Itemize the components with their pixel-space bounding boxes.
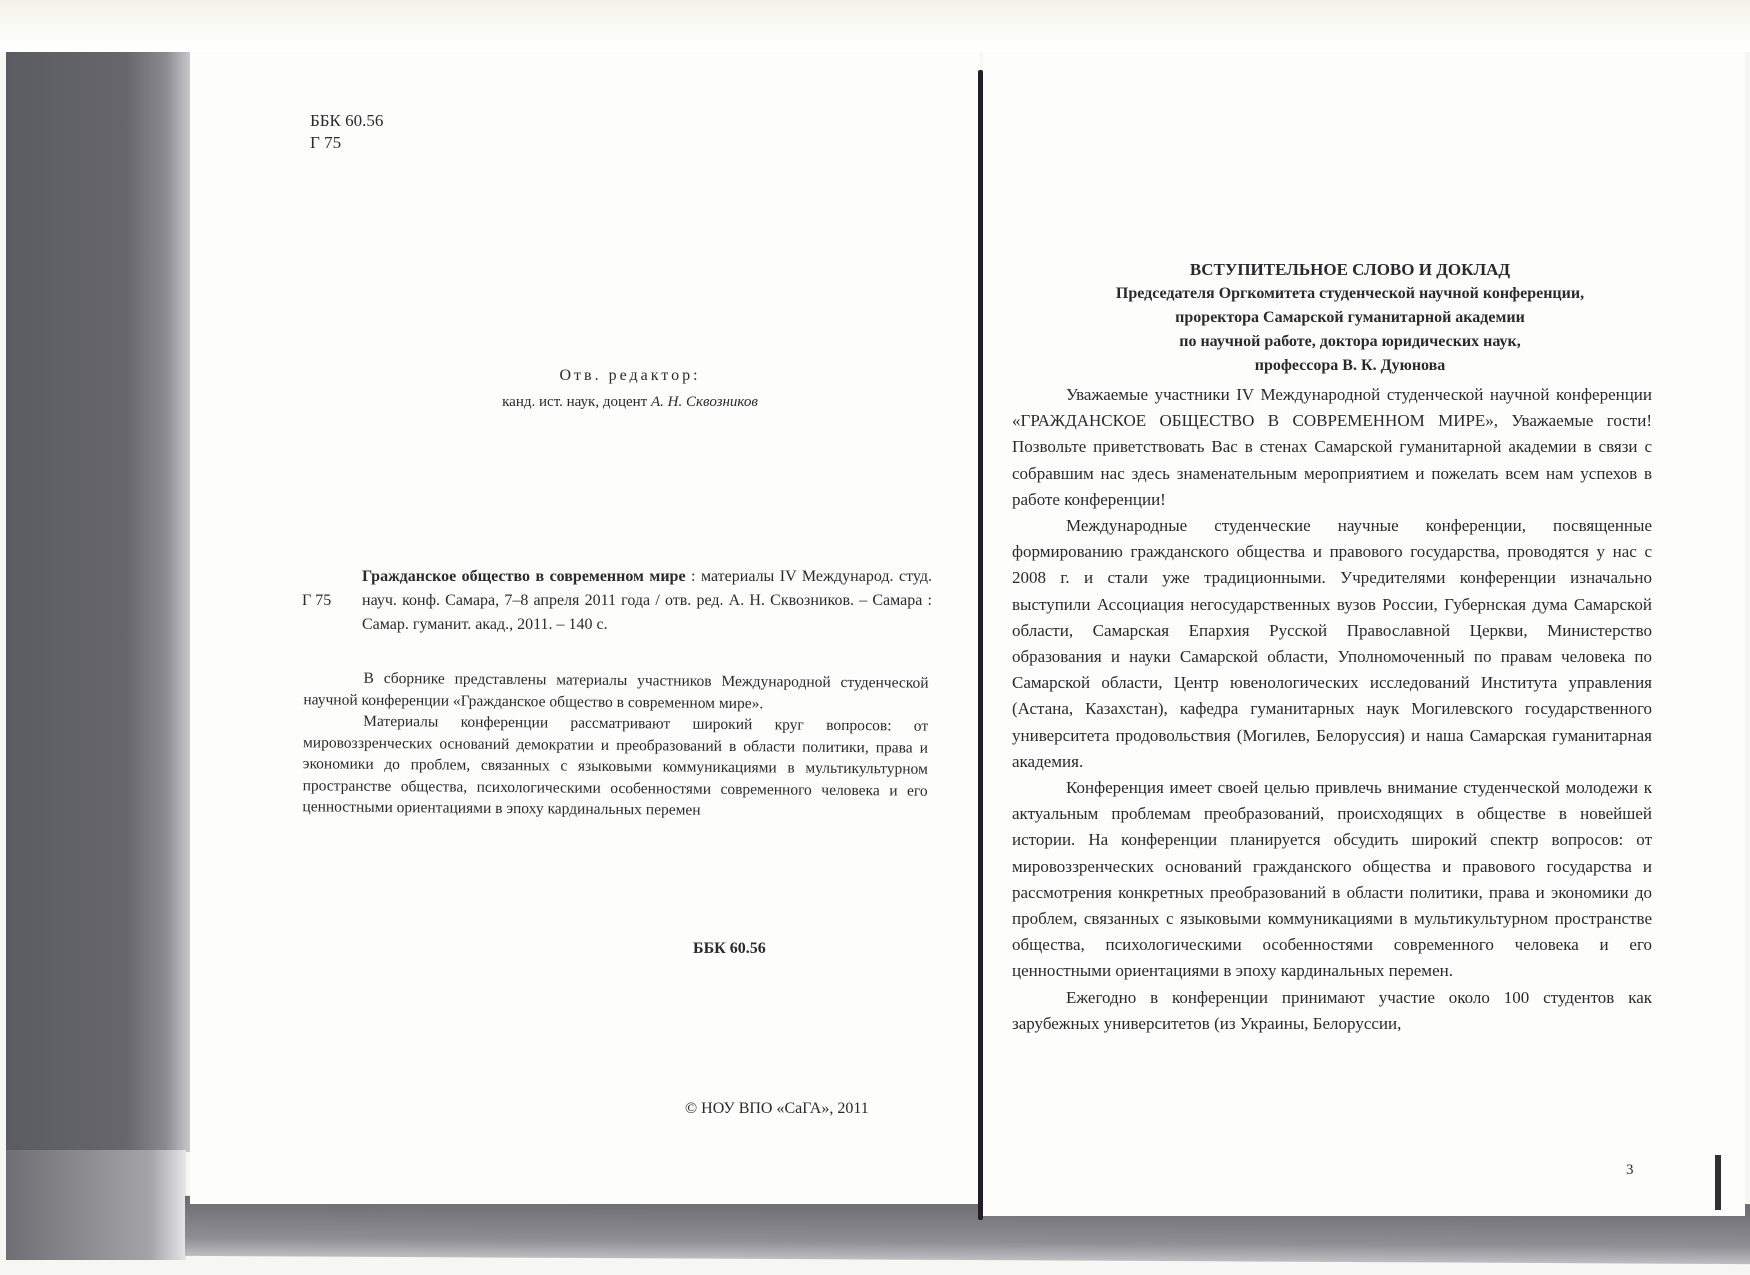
section-heading: ВСТУПИТЕЛЬНОЕ СЛОВО И ДОКЛАД Председател… [1040,258,1660,378]
heading-line: профессора В. К. Дуюнова [1040,354,1660,378]
bibliographic-record: Г 75 Гражданское общество в современном … [302,565,932,637]
bbk-footer: ББК 60.56 [693,940,766,958]
author-mark: Г 75 [310,132,383,154]
editor-credentials: канд. ист. наук, доцент [502,394,647,410]
speech-paragraph: Международные студенческие научные конфе… [1012,513,1652,775]
bbk-code: ББК 60.56 [310,110,383,132]
copyright: © НОУ ВПО «СаГА», 2011 [685,1100,869,1118]
scan-shadow-bottom-left [6,1150,186,1260]
editor-name: А. Н. Сквозников [651,394,758,410]
annotation-paragraph: Материалы конференции рассматривают широ… [302,710,928,823]
speech-paragraph: Ежегодно в конференции принимают участие… [1012,985,1652,1037]
page-edge-mark [1715,1155,1721,1210]
editor-block: Отв. редактор: канд. ист. наук, доцент А… [430,363,830,415]
annotation: В сборнике представлены материалы участн… [302,667,928,823]
bbk-header: ББК 60.56 Г 75 [310,110,383,154]
page-number: 3 [1626,1162,1634,1179]
speech-body: Уважаемые участники IV Международной сту… [1012,382,1652,1037]
editor-line: канд. ист. наук, доцент А. Н. Сквозников [430,389,830,415]
book-title: Гражданское общество в современном мире [362,568,686,585]
editor-label: Отв. редактор: [430,363,830,389]
heading-line: Председателя Оргкомитета студенческой на… [1040,282,1660,306]
catalog-code: Г 75 [302,589,331,613]
heading-line: по научной работе, доктора юридических н… [1040,330,1660,354]
scan-shadow-left [6,52,206,1152]
heading-title: ВСТУПИТЕЛЬНОЕ СЛОВО И ДОКЛАД [1040,258,1660,282]
book-spine [978,70,983,1220]
heading-line: проректора Самарской гуманитарной академ… [1040,306,1660,330]
speech-paragraph: Уважаемые участники IV Международной сту… [1012,382,1652,513]
annotation-paragraph: В сборнике представлены материалы участн… [303,667,928,715]
scanner-top-edge [0,0,1750,52]
speech-paragraph: Конференция имеет своей целью привлечь в… [1012,775,1652,985]
